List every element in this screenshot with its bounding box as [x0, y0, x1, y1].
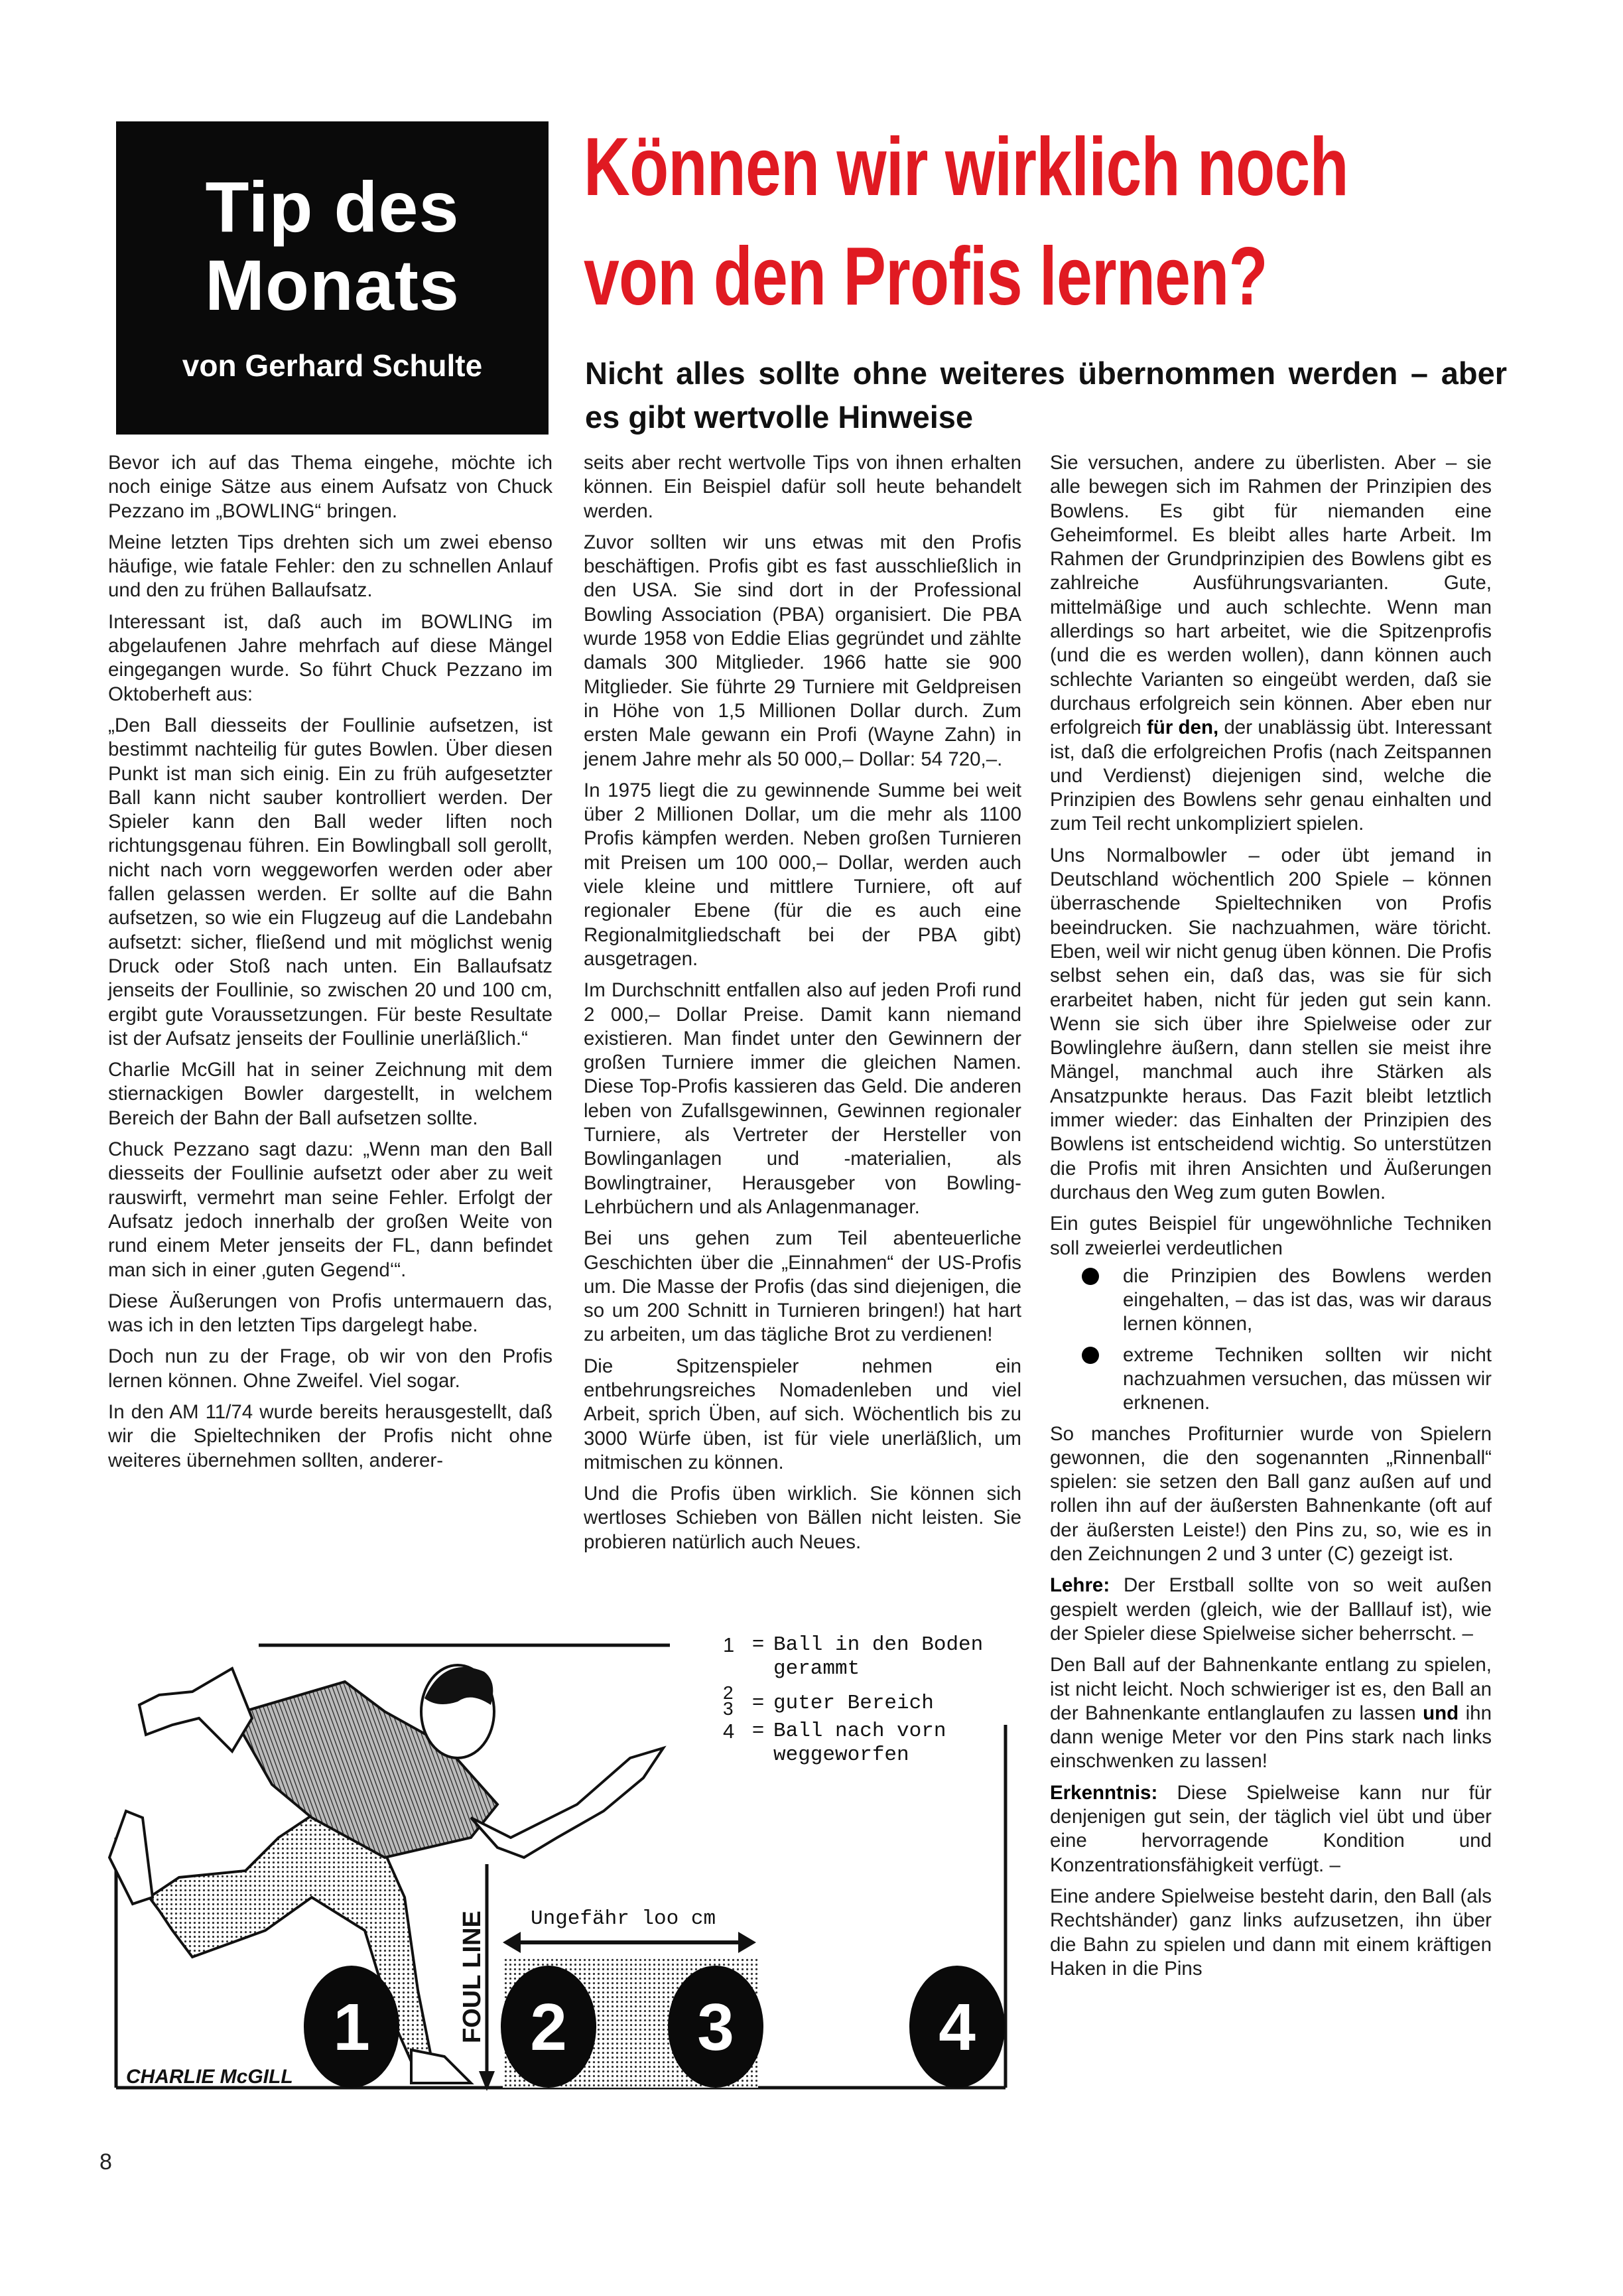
- quote-paragraph: „Den Ball diesseits der Foullinie aufset…: [108, 714, 552, 1051]
- page-number: 8: [99, 2149, 112, 2175]
- bullet-text: extreme Techniken sollten wir nicht nach…: [1123, 1344, 1492, 1414]
- legend-text-line: weggeworfen: [773, 1743, 909, 1767]
- illustration-legend: 1 = Ball in den Bodengerammt 23 = guter …: [723, 1633, 983, 1767]
- distance-label: Ungefähr loo cm: [531, 1907, 716, 1930]
- erkenntnis-label: Erkenntnis:: [1050, 1782, 1157, 1804]
- article-subheadline: Nicht alles sollte ohne weiteres übernom…: [585, 352, 1507, 439]
- paragraph: Charlie McGill hat in seiner Zeichnung m…: [108, 1058, 552, 1130]
- legend-text: Ball nach vornweggeworfen: [773, 1720, 946, 1767]
- legend-number: 3: [723, 1701, 743, 1717]
- paragraph: In 1975 liegt die zu gewinnende Summe be…: [584, 779, 1021, 971]
- legend-number: 4: [723, 1720, 743, 1767]
- paragraph: Erkenntnis: Diese Spielweise kann nur fü…: [1050, 1781, 1492, 1877]
- legend-text-line: Ball in den Boden: [773, 1633, 983, 1656]
- legend-text-line: Ball nach vorn: [773, 1720, 946, 1743]
- bullet-item: extreme Techniken sollten wir nicht nach…: [1082, 1343, 1492, 1416]
- paragraph: In den AM 11/74 wurde bereits herausgest…: [108, 1400, 552, 1473]
- foul-line-label: FOUL LINE: [458, 1911, 486, 2043]
- legend-number-stack: 23: [723, 1684, 743, 1717]
- bold-emphasis: für den,: [1147, 716, 1218, 738]
- paragraph: Zuvor sollten wir uns etwas mit den Prof…: [584, 531, 1021, 772]
- legend-equals: =: [743, 1684, 773, 1717]
- bold-emphasis: und: [1423, 1702, 1459, 1724]
- bullet-dot-icon: [1082, 1268, 1099, 1285]
- paragraph: Lehre: Der Erstball sollte von so weit a…: [1050, 1574, 1492, 1646]
- ball-number: 1: [333, 1990, 370, 2064]
- paragraph: seits aber recht wertvolle Tips von ihne…: [584, 451, 1021, 523]
- ball-4-icon: 4: [909, 1966, 1005, 2088]
- author-byline: von Gerhard Schulte: [116, 346, 549, 385]
- bullet-text: die Prinzipien des Bowlens werden eingeh…: [1123, 1265, 1492, 1335]
- box-title-line2: Monats: [116, 246, 549, 324]
- text-column-1: Bevor ich auf das Thema eingehe, möchte …: [108, 451, 552, 1480]
- paragraph: Sie versuchen, andere zu überlisten. Abe…: [1050, 451, 1492, 837]
- ball-3-icon: 3: [668, 1966, 763, 2088]
- ball-2-icon: 2: [501, 1966, 596, 2088]
- legend-number: 1: [723, 1633, 743, 1681]
- paragraph: Im Durchschnitt entfallen also auf jeden…: [584, 979, 1021, 1219]
- paragraph: Die Spitzenspieler nehmen ein entbehrung…: [584, 1355, 1021, 1475]
- legend-row-2: 23 = guter Bereich: [723, 1684, 983, 1717]
- quote-paragraph: Chuck Pezzano sagt dazu: „Wenn man den B…: [108, 1138, 552, 1282]
- paragraph: Uns Normalbowler – oder übt jemand in De…: [1050, 844, 1492, 1205]
- paragraph: Eine andere Spielweise besteht darin, de…: [1050, 1885, 1492, 1981]
- lehre-label: Lehre:: [1050, 1574, 1110, 1596]
- paragraph: Bevor ich auf das Thema eingehe, möchte …: [108, 451, 552, 523]
- box-title-line1: Tip des: [116, 168, 549, 246]
- text-run: Der Erstball sollte von so weit außen ge…: [1050, 1574, 1492, 1645]
- paragraph: Doch nun zu der Frage, ob wir von den Pr…: [108, 1345, 552, 1393]
- paragraph: Meine letzten Tips drehten sich um zwei …: [108, 531, 552, 603]
- ball-number: 3: [697, 1990, 734, 2064]
- legend-row-3: 4 = Ball nach vornweggeworfen: [723, 1720, 983, 1767]
- article-headline: Können wir wirklich noch von den Profis …: [584, 113, 1308, 332]
- paragraph: Diese Äußerungen von Profis untermauern …: [108, 1290, 552, 1338]
- bullet-dot-icon: [1082, 1347, 1099, 1364]
- paragraph: Interessant ist, daß auch im BOWLING im …: [108, 610, 552, 707]
- paragraph: Und die Profis üben wirklich. Sie können…: [584, 1482, 1021, 1554]
- text-column-3: Sie versuchen, andere zu überlisten. Abe…: [1050, 451, 1492, 1988]
- paragraph: Bei uns gehen zum Teil abenteuerliche Ge…: [584, 1227, 1021, 1347]
- artist-signature: CHARLIE McGILL: [126, 2066, 293, 2088]
- headline-line2: von den Profis lernen?: [584, 222, 1308, 332]
- text-run: Sie versuchen, andere zu überlisten. Abe…: [1050, 452, 1492, 738]
- text-column-2: seits aber recht wertvolle Tips von ihne…: [584, 451, 1021, 1562]
- legend-text: guter Bereich: [773, 1684, 934, 1717]
- ball-1-icon: 1: [304, 1966, 399, 2088]
- legend-row-1: 1 = Ball in den Bodengerammt: [723, 1633, 983, 1681]
- legend-text: Ball in den Bodengerammt: [773, 1633, 983, 1681]
- bullet-item: die Prinzipien des Bowlens werden eingeh…: [1082, 1264, 1492, 1337]
- paragraph: Ein gutes Beispiel für ungewöhnliche Tec…: [1050, 1212, 1492, 1260]
- legend-text-line: gerammt: [773, 1657, 860, 1680]
- ball-number: 4: [939, 1990, 976, 2064]
- legend-equals: =: [743, 1720, 773, 1767]
- headline-line1: Können wir wirklich noch: [584, 113, 1308, 222]
- bullet-list: die Prinzipien des Bowlens werden eingeh…: [1050, 1264, 1492, 1416]
- tip-des-monats-box: Tip des Monats von Gerhard Schulte: [116, 121, 549, 435]
- legend-equals: =: [743, 1633, 773, 1681]
- paragraph: Den Ball auf der Bahnenkante entlang zu …: [1050, 1653, 1492, 1773]
- paragraph: So manches Profiturnier wurde von Spiele…: [1050, 1422, 1492, 1567]
- ball-number: 2: [530, 1990, 567, 2064]
